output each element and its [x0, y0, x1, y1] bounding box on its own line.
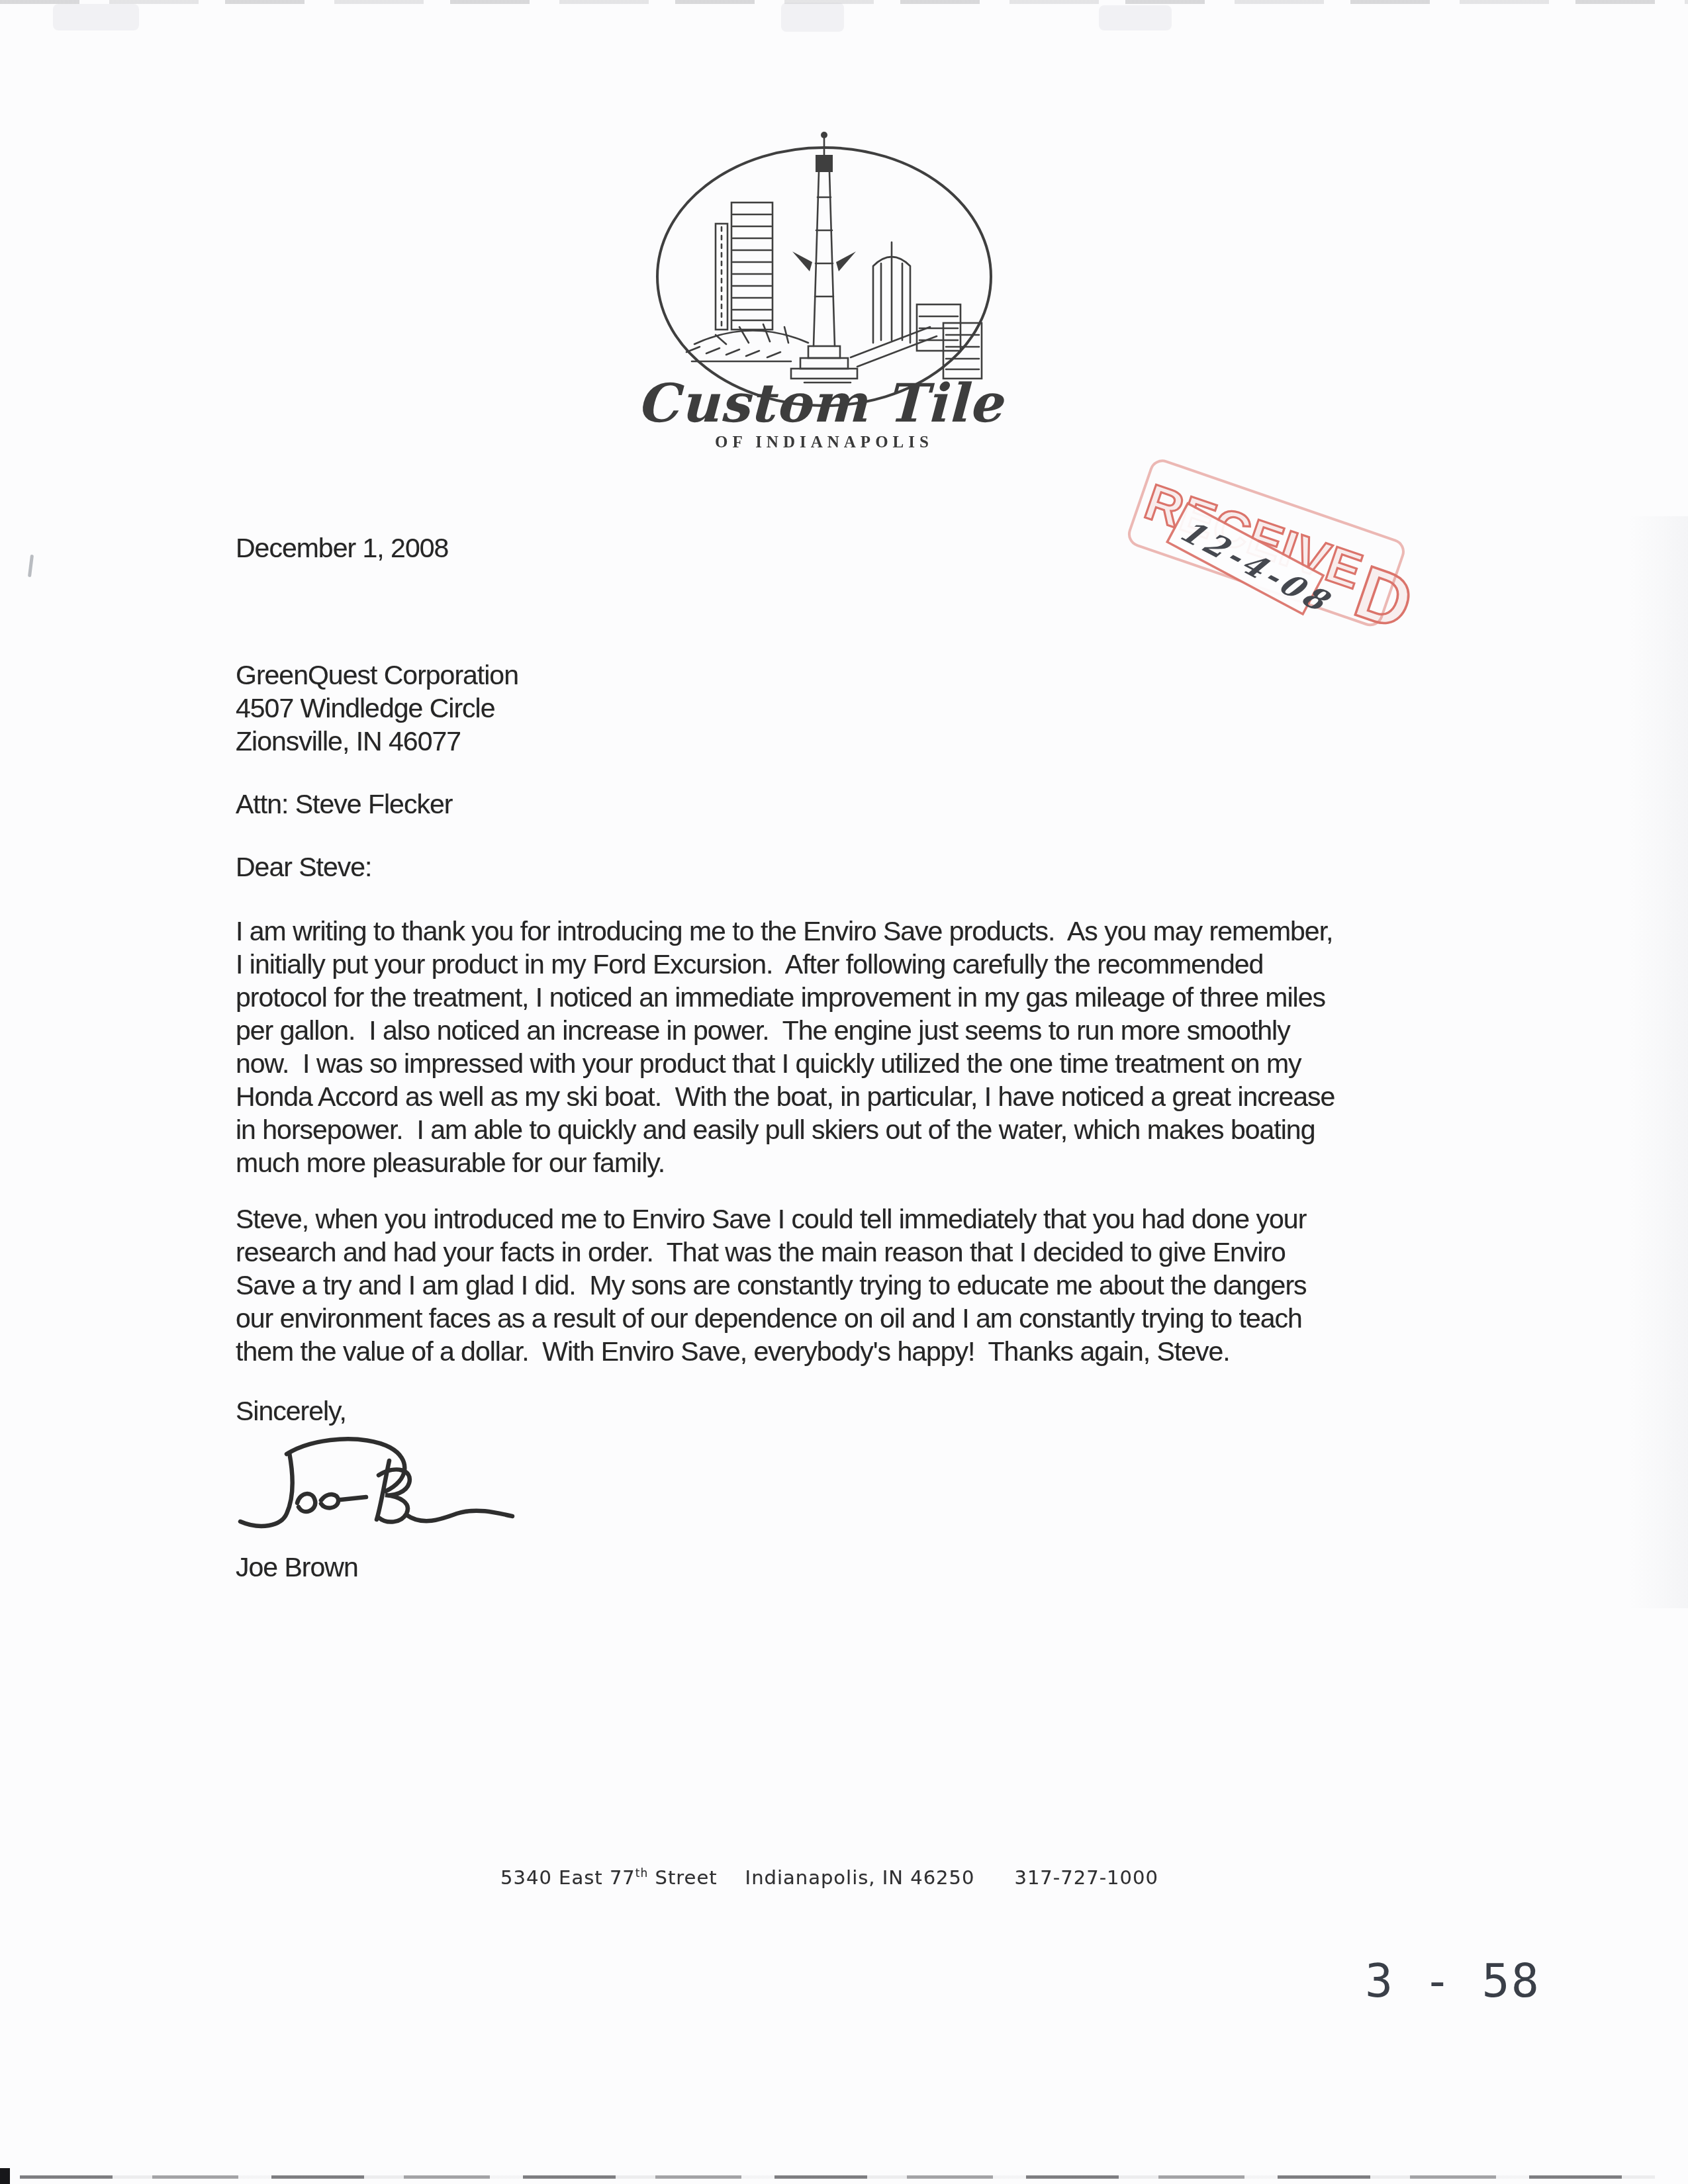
footer-city: Indianapolis, IN 46250 [745, 1866, 975, 1889]
recipient-street: 4507 Windledge Circle [236, 692, 1493, 725]
scan-smudge [1099, 5, 1172, 30]
page-number: 3 - 58 [1365, 1954, 1540, 2008]
company-subtitle: OF INDIANAPOLIS [599, 433, 1049, 452]
scan-corner-mark [0, 2168, 10, 2184]
scan-edge-bottom-artifact [20, 2175, 1655, 2179]
footer-street: 5340 East 77th Street [500, 1866, 718, 1889]
scan-right-shading [1628, 516, 1688, 1608]
signed-name: Joe Brown [236, 1551, 1493, 1584]
letter-date: December 1, 2008 [236, 531, 1493, 565]
recipient-company: GreenQuest Corporation [236, 659, 1493, 692]
body-paragraph-2: Steve, when you introduced me to Enviro … [236, 1203, 1493, 1368]
letterhead-footer: 5340 East 77th Street Indianapolis, IN 4… [432, 1866, 1227, 1889]
scan-smudge [781, 3, 844, 32]
attention-line: Attn: Steve Flecker [236, 788, 1493, 821]
scanned-letter-page: Custom Tile OF INDIANAPOLIS RECEIVE D 12… [0, 0, 1688, 2184]
scan-smudge [53, 4, 139, 30]
scan-edge-top-artifact [0, 0, 1688, 4]
closing: Sincerely, [236, 1394, 1493, 1428]
footer-phone: 317-727-1000 [1014, 1866, 1158, 1889]
recipient-address-block: GreenQuest Corporation 4507 Windledge Ci… [236, 659, 1493, 758]
recipient-city: Zionsville, IN 46077 [236, 725, 1493, 758]
company-name: Custom Tile [597, 372, 1052, 434]
signature-scrawl [228, 1433, 533, 1545]
scan-left-margin-mark [28, 555, 34, 577]
salutation: Dear Steve: [236, 850, 1493, 884]
body-paragraph-1: I am writing to thank you for introducin… [236, 915, 1493, 1179]
